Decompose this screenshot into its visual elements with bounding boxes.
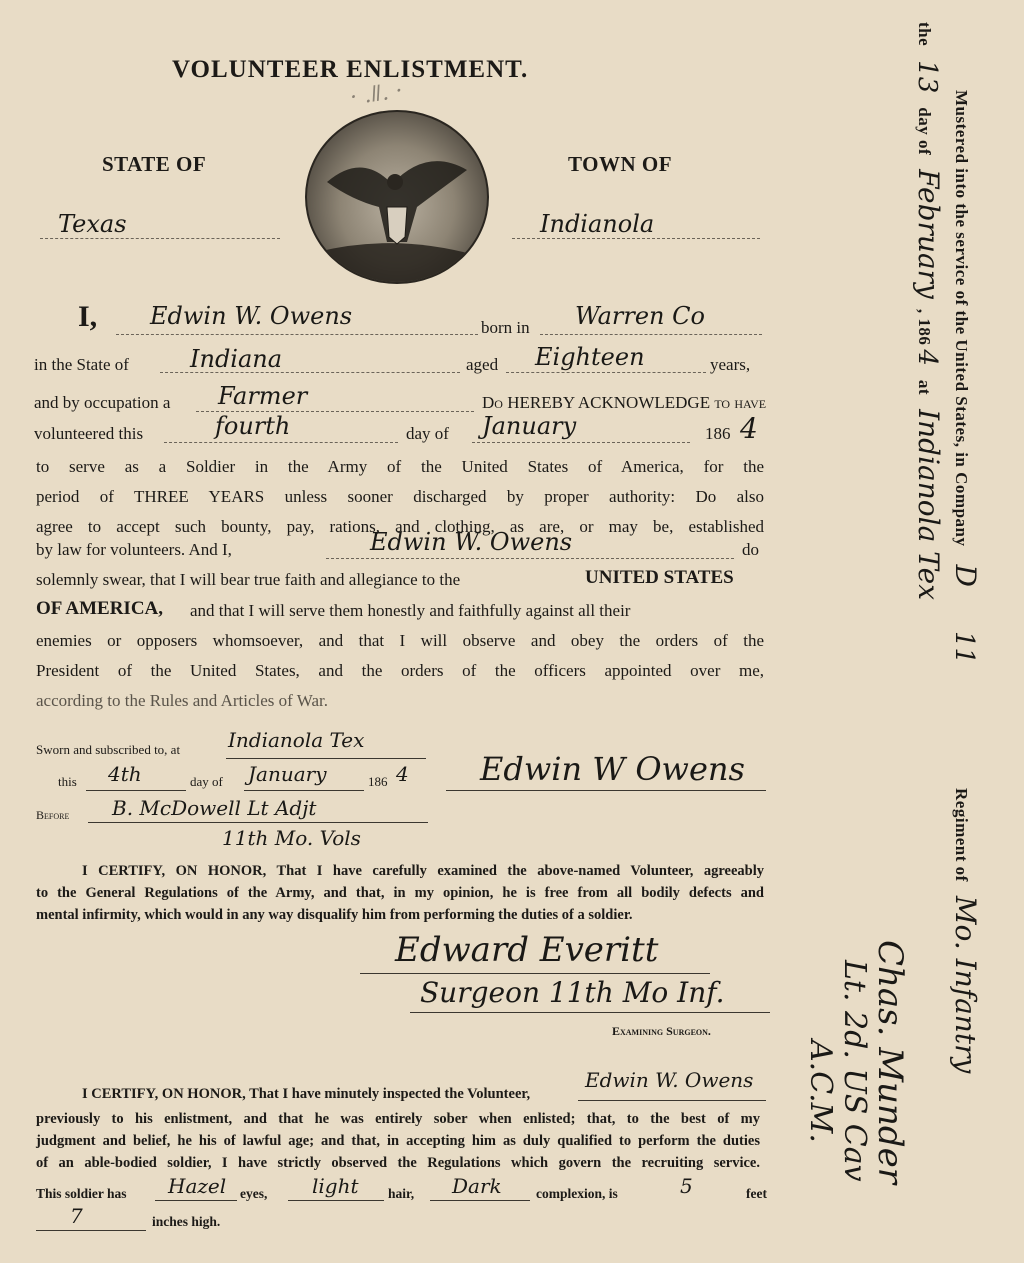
muster-regiment-label: Regiment of [952,788,971,882]
muster-the-label: the [915,22,934,46]
name-line [116,334,478,335]
before-unit: 11th Mo. Vols [222,826,361,850]
town-label: TOWN OF [568,152,672,177]
muster-officer-rank: Lt. 2d. US Cav [837,960,872,1182]
document-title: VOLUNTEER ENLISTMENT. [172,56,528,84]
surgeon-signature: Edward Everitt [395,930,658,970]
complexion-line [430,1200,530,1201]
muster-line-2: the 13 day of February , 186 4 at Indian… [912,22,945,600]
complexion-value: Dark [452,1174,502,1198]
muster-line-1: Mustered into the service of the United … [949,90,982,1073]
before-officer: B. McDowell Lt Adjt [112,796,316,820]
eagle-seal-icon [305,110,489,284]
this-label: this [58,774,77,790]
age-line [506,372,706,373]
surgeon-title: Surgeon 11th Mo Inf. [420,976,725,1009]
recruiter-certificate: previously to his enlistment, and that h… [36,1108,760,1174]
eagle-icon [307,112,487,282]
oath-line-america: and that I will serve them honestly and … [190,601,630,621]
surgeon-signature-line [360,973,710,974]
muster-year-suffix: 4 [912,349,942,366]
surgeon-title-line [410,1012,770,1013]
recruiter-volunteer-name: Edwin W. Owens [585,1068,753,1092]
examining-surgeon-label: Examining Surgeon. [612,1024,711,1039]
hair-label: hair, [388,1186,414,1202]
surgeon-cert-row-1: I CERTIFY, ON HONOR, That I have careful… [36,860,764,882]
enlist-day-value: fourth [215,412,290,440]
hair-value: light [312,1174,359,1198]
enlist-month-value: January [482,412,576,440]
signature-line [446,790,766,791]
surgeon-certificate: I CERTIFY, ON HONOR, That I have careful… [36,860,764,926]
state-value: Texas [58,210,127,238]
occupation-label: and by occupation a [34,393,170,413]
muster-day-of-label: day of [915,107,934,155]
oath-line-president: President of the United States, and the … [36,656,764,686]
muster-officer-signature-col: Chas. Munder [870,940,910,1184]
enlistee-name: Edwin W. Owens [150,302,352,330]
muster-officer-role: A.C.M. [803,1040,838,1143]
muster-regiment-name: Mo. Infantry [949,896,982,1073]
muster-officer-rank-col: Lt. 2d. US Cav [837,960,872,1182]
year-prefix: 186 [705,424,731,444]
feet-label: feet [746,1186,767,1202]
day-of-label: day of [406,424,449,444]
hair-line [288,1200,384,1201]
surgeon-cert-row-3: mental infirmity, which would in any way… [36,904,764,926]
muster-regiment-number: 11 [949,631,979,664]
aged-label: aged [466,355,498,375]
town-line [512,238,760,239]
recruiter-name-line [578,1100,766,1101]
eyes-value: Hazel [168,1174,226,1198]
inches-label: inches high. [152,1214,220,1230]
state-of-label: in the State of [34,355,129,375]
muster-officer-role-col: A.C.M. [803,1040,838,1143]
sworn-day-of-label: day of [190,774,223,790]
sworn-place-value: Indianola Tex [228,728,364,752]
age-value: Eighteen [535,343,645,371]
muster-day: 13 [912,60,942,93]
years-label: years, [710,355,750,375]
muster-line-1-text: Mustered into the service of the United … [952,90,971,546]
muster-at-label: at [915,380,934,395]
recruiter-cert-row-4: of an able-bodied soldier, I have strict… [36,1152,760,1174]
birth-state-value: Indiana [190,345,282,373]
enlistee-signature: Edwin W Owens [480,750,745,788]
oath-line-law: by law for volunteers. And I, [36,540,232,560]
sworn-day-line [86,790,186,791]
complexion-label: complexion, is [536,1186,618,1202]
soldier-has-label: This soldier has [36,1186,127,1202]
sworn-place-line [226,758,426,759]
recruiter-cert-row-1: I CERTIFY, ON HONOR, That I have minutel… [82,1086,530,1103]
town-value: Indianola [540,210,654,238]
muster-month: February [912,169,945,299]
oath-do-label: do [742,540,759,560]
muster-company: D [949,564,982,586]
state-label: STATE OF [102,152,206,177]
sworn-year-suffix: 4 [396,762,409,786]
oath-line-swear: solemnly swear, that I will bear true fa… [36,570,460,590]
sworn-month-line [244,790,364,791]
feet-value: 5 [680,1174,693,1198]
muster-place: Indianola Tex [912,409,945,600]
occupation-value: Farmer [218,382,307,410]
recruiter-cert-row-2: previously to his enlistment, and that h… [36,1108,760,1130]
oath-line-america-bold: OF AMERICA, [36,598,163,620]
oath-paragraph-2: enemies or opposers whomsoever, and that… [36,626,764,716]
enlist-day-line [164,442,398,443]
birth-state-line [160,372,460,373]
eyes-label: eyes, [240,1186,267,1202]
enlist-month-line [472,442,690,443]
recruiter-cert-row-3: judgment and belief, he his of lawful ag… [36,1130,760,1152]
sworn-label: Sworn and subscribed to, at [36,742,180,758]
before-line [88,822,428,823]
oath-line-period: period of THREE YEARS unless sooner disc… [36,482,764,512]
eyes-line [155,1200,237,1201]
volunteered-label: volunteered this [34,424,143,444]
acknowledge-label: Do HEREBY ACKNOWLEDGE to have [482,393,766,413]
year-suffix: 4 [740,412,758,445]
oath-name-value: Edwin W. Owens [370,528,572,556]
muster-officer-signature: Chas. Munder [870,940,910,1184]
oath-line-swear-bold: UNITED STATES [585,567,734,589]
surgeon-cert-row-2: to the General Regulations of the Army, … [36,882,764,904]
born-in-line [540,334,762,335]
oath-line-serve: to serve as a Soldier in the Army of the… [36,452,764,482]
oath-line-rules: according to the Rules and Articles of W… [36,686,764,716]
sworn-day-value: 4th [108,762,142,786]
sworn-month-value: January [248,762,327,786]
inches-line [36,1230,146,1231]
born-in-label: born in [481,318,530,338]
born-in-value: Warren Co [575,302,705,330]
i-label: I, [78,300,97,334]
sworn-year-prefix: 186 [368,774,388,790]
enlistment-document: VOLUNTEER ENLISTMENT. · .ǁ. · STATE OF T… [0,0,1024,1263]
before-label: Before [36,808,69,823]
muster-year-prefix: , 186 [915,309,934,346]
inches-value: 7 [70,1204,83,1228]
oath-name-line [326,558,734,559]
oath-line-enemies: enemies or opposers whomsoever, and that… [36,626,764,656]
state-line [40,238,280,239]
